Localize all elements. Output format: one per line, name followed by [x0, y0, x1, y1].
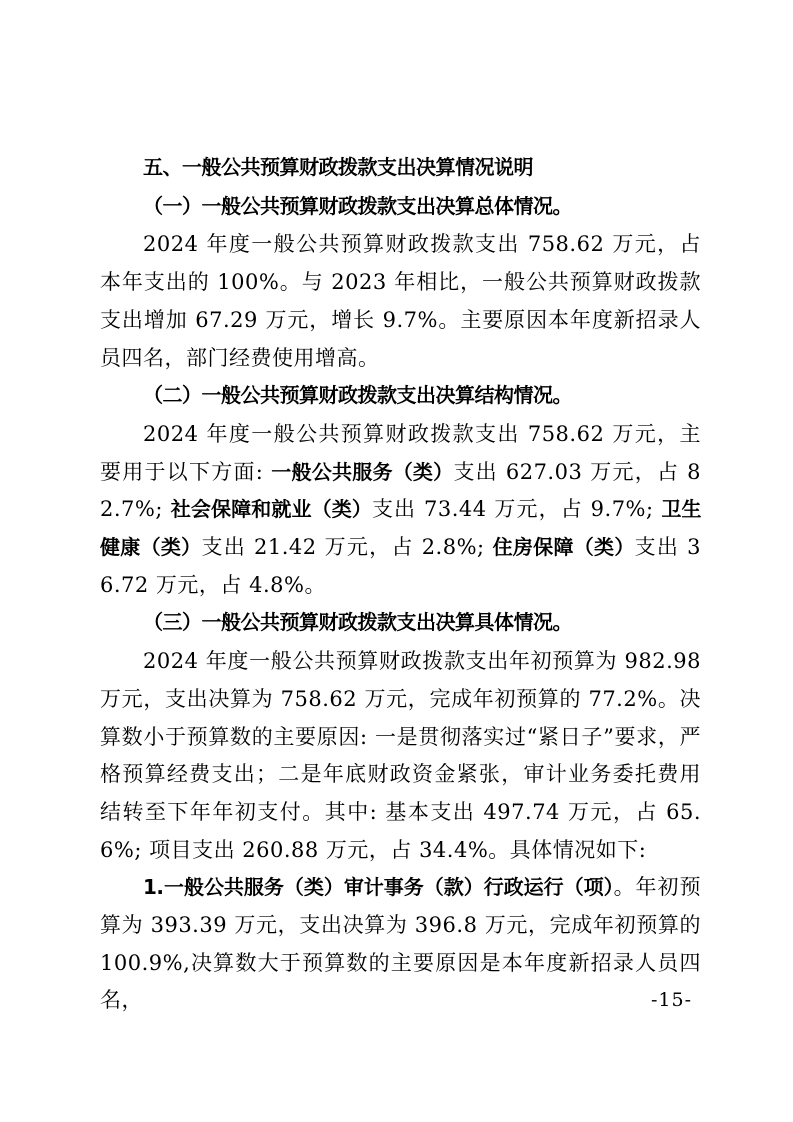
text-segment: 支出 73.44 万元，占 9.7%;: [372, 497, 661, 521]
bold-text-segment: 1.一般公共服务（类）审计事务（款）行政运行（项）: [143, 875, 614, 899]
bold-text-segment: （一）一般公共预算财政拨款支出决算总体情况。: [143, 194, 572, 218]
subsection-heading-1: （一）一般公共预算财政拨款支出决算总体情况。: [100, 188, 701, 227]
bold-text-segment: 社会保障和就业（类）: [171, 497, 372, 521]
paragraph-overall-situation: 2024 年度一般公共预算财政拨款支出 758.62 万元，占本年支出的 100…: [100, 226, 701, 377]
bold-text-segment: （三）一般公共预算财政拨款支出决算具体情况。: [143, 610, 572, 634]
bold-text-segment: 五、一般公共预算财政拨款支出决算情况说明: [143, 155, 533, 179]
bold-text-segment: （二）一般公共预算财政拨款支出决算结构情况。: [143, 383, 572, 407]
bold-text-segment: 住房保障（类）: [493, 535, 635, 559]
bold-text-segment: 一般公共服务（类）: [271, 460, 453, 484]
document-page: 五、一般公共预算财政拨款支出决算情况说明（一）一般公共预算财政拨款支出决算总体情…: [0, 0, 793, 1122]
page-number: -15-: [651, 986, 692, 1014]
text-segment: 支出 21.42 万元，占 2.8%;: [201, 535, 492, 559]
paragraph-specific-situation: 2024 年度一般公共预算财政拨款支出年初预算为 982.98 万元，支出决算为…: [100, 643, 701, 869]
section-heading-5: 五、一般公共预算财政拨款支出决算情况说明: [100, 149, 701, 188]
text-segment: 2024 年度一般公共预算财政拨款支出 758.62 万元，占本年支出的 100…: [100, 232, 701, 369]
paragraph-structure-situation: 2024 年度一般公共预算财政拨款支出 758.62 万元，主要用于以下方面: …: [100, 416, 701, 605]
paragraph-item-1: 1.一般公共服务（类）审计事务（款）行政运行（项）。年初预算为 393.39 万…: [100, 869, 701, 1020]
document-body: 五、一般公共预算财政拨款支出决算情况说明（一）一般公共预算财政拨款支出决算总体情…: [100, 149, 701, 1020]
text-segment: 2024 年度一般公共预算财政拨款支出年初预算为 982.98 万元，支出决算为…: [100, 649, 701, 862]
subsection-heading-2: （二）一般公共预算财政拨款支出决算结构情况。: [100, 377, 701, 416]
subsection-heading-3: （三）一般公共预算财政拨款支出决算具体情况。: [100, 604, 701, 643]
